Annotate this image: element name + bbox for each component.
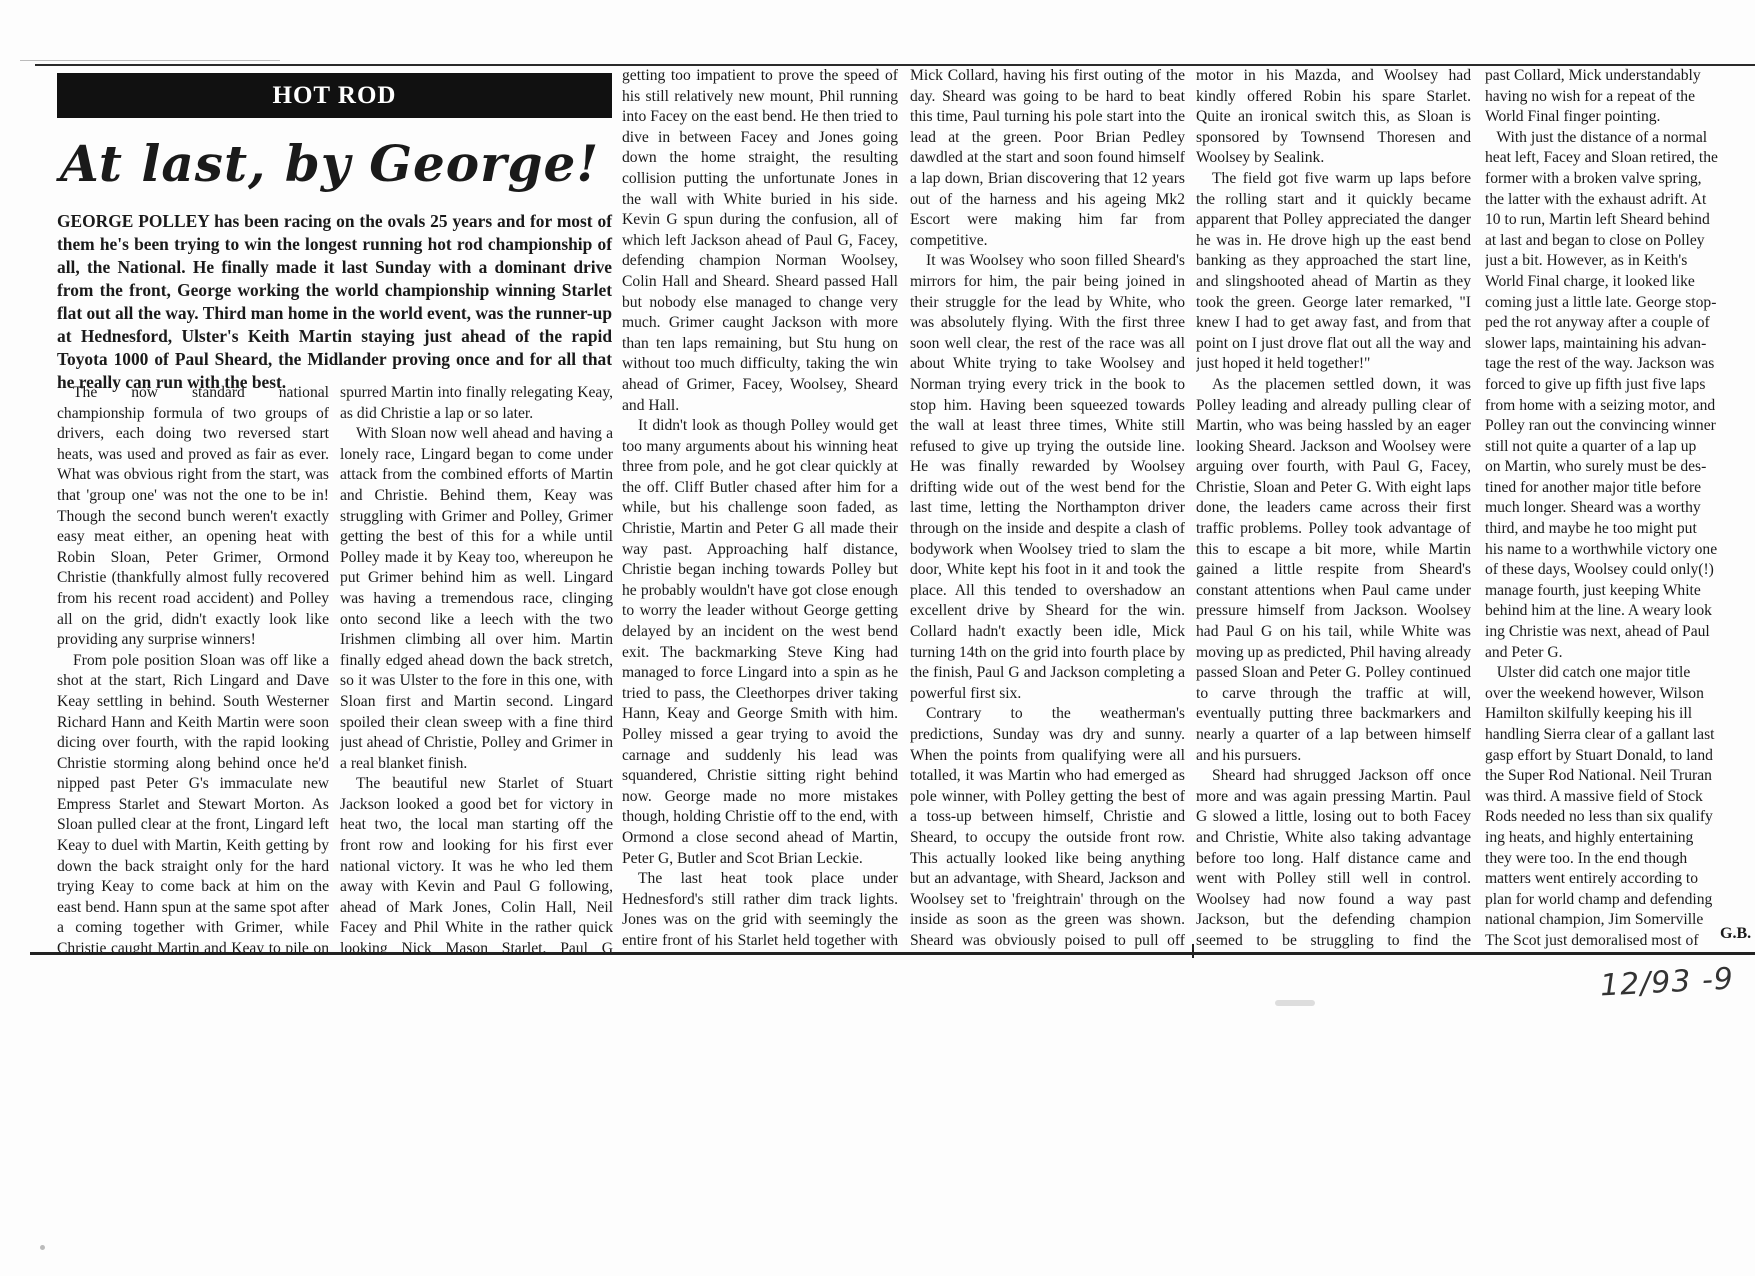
article-column-6-clipped: past Collard, Mick understandablyhaving … xyxy=(1485,66,1755,950)
column-line: behind him at the line. A weary look xyxy=(1485,601,1755,622)
column-line: tined for another major title before xyxy=(1485,478,1755,499)
scan-speck xyxy=(40,1245,45,1250)
column-line: from home with a seizing motor, and xyxy=(1485,396,1755,417)
article-column-1: The now standard national championship f… xyxy=(57,383,329,953)
paragraph: With Sloan now well ahead and having a l… xyxy=(340,424,613,774)
column-line: plan for world champ and defending xyxy=(1485,890,1755,911)
column-line: coming just a little late. George stop- xyxy=(1485,293,1755,314)
column-line: having no wish for a repeat of the xyxy=(1485,87,1755,108)
bottom-rule-tick xyxy=(1192,944,1194,958)
column-line: national champion, Jim Somerville xyxy=(1485,910,1755,931)
column-line: his name to a worthwhile victory one xyxy=(1485,540,1755,561)
column-line: third, and maybe he too might put xyxy=(1485,519,1755,540)
column-line: Ulster did catch one major title xyxy=(1485,663,1755,684)
article-column-4: Mick Collard, having his first outing of… xyxy=(910,66,1185,950)
byline: G.B. xyxy=(1720,925,1751,943)
column-line: The Scot just demoralised most of xyxy=(1485,931,1755,950)
column-line: tage the rest of the way. Jackson was xyxy=(1485,354,1755,375)
column-line: on Martin, who surely must be des- xyxy=(1485,457,1755,478)
article-column-2: spurred Martin into finally relegating K… xyxy=(340,383,613,953)
column-line: ing heats, and highly entertaining xyxy=(1485,828,1755,849)
top-rule-faint xyxy=(20,60,280,61)
column-line: over the weekend however, Wilson xyxy=(1485,684,1755,705)
column-line: World Final finger pointing. xyxy=(1485,107,1755,128)
paragraph: From pole position Sloan was off like a … xyxy=(57,651,329,953)
paragraph: Contrary to the weatherman's predictions… xyxy=(910,704,1185,950)
column-line: manage fourth, just keeping White xyxy=(1485,581,1755,602)
column-line: World Final charge, it looked like xyxy=(1485,272,1755,293)
column-line: heat left, Facey and Sloan retired, the xyxy=(1485,148,1755,169)
column-line: past Collard, Mick understandably xyxy=(1485,66,1755,87)
column-line: gasp effort by Stuart Donald, to land xyxy=(1485,746,1755,767)
column-line: Polley ran out the convincing winner xyxy=(1485,416,1755,437)
paragraph: Sheard had shrugged Jackson off once mor… xyxy=(1196,766,1471,950)
paragraph: The field got five warm up laps before t… xyxy=(1196,169,1471,375)
column-line: at last and began to close on Polley xyxy=(1485,231,1755,252)
column-line: matters went entirely according to xyxy=(1485,869,1755,890)
headline: At last, by George! xyxy=(60,135,620,193)
column-line: the latter with the exhaust adrift. At xyxy=(1485,190,1755,211)
column-line: the Super Rod National. Neil Truran xyxy=(1485,766,1755,787)
paragraph: getting too impatient to prove the speed… xyxy=(622,66,898,416)
column-line: handling Sierra clear of a gallant last xyxy=(1485,725,1755,746)
column-line: still not quite a quarter of a lap up xyxy=(1485,437,1755,458)
column-line: was third. A massive field of Stock xyxy=(1485,787,1755,808)
paragraph: As the placemen settled down, it was Pol… xyxy=(1196,375,1471,766)
standfirst: GEORGE POLLEY has been racing on the ova… xyxy=(57,210,612,394)
paragraph: It didn't look as though Polley would ge… xyxy=(622,416,898,869)
column-line: they were too. In the end though xyxy=(1485,849,1755,870)
paragraph: Mick Collard, having his first outing of… xyxy=(910,66,1185,251)
paragraph: spurred Martin into finally relegating K… xyxy=(340,383,613,424)
column-line: ped the rot anyway after a couple of xyxy=(1485,313,1755,334)
column-line: forced to give up fifth just five laps xyxy=(1485,375,1755,396)
column-line: and Peter G. xyxy=(1485,643,1755,664)
section-banner: HOT ROD xyxy=(57,73,612,118)
handwritten-date-note: 12/93 -9 xyxy=(1599,962,1735,1004)
scan-speck xyxy=(1275,1000,1315,1006)
column-line: With just the distance of a normal xyxy=(1485,128,1755,149)
paragraph: It was Woolsey who soon filled Sheard's … xyxy=(910,251,1185,704)
column-line: just a bit. However, as in Keith's xyxy=(1485,251,1755,272)
column-line: much longer. Sheard was a worthy xyxy=(1485,498,1755,519)
column-line: former with a broken valve spring, xyxy=(1485,169,1755,190)
column-line: of these days, Woolsey could only(!) xyxy=(1485,560,1755,581)
column-line: Rods needed no less than six qualify xyxy=(1485,807,1755,828)
section-label: HOT ROD xyxy=(273,82,397,110)
column-line: 10 to run, Martin left Sheard behind xyxy=(1485,210,1755,231)
paragraph: The last heat took place under Hednesfor… xyxy=(622,869,898,950)
column-line: slower laps, maintaining his advan- xyxy=(1485,334,1755,355)
column-line: ing Christie was next, ahead of Paul xyxy=(1485,622,1755,643)
bottom-rule xyxy=(30,952,1755,955)
article-column-3: getting too impatient to prove the speed… xyxy=(622,66,898,950)
column-line: Hamilton skilfully keeping his ill xyxy=(1485,704,1755,725)
paragraph: The beautiful new Starlet of Stuart Jack… xyxy=(340,774,613,953)
paragraph: motor in his Mazda, and Woolsey had kind… xyxy=(1196,66,1471,169)
paragraph: The now standard national championship f… xyxy=(57,383,329,651)
article-column-5: motor in his Mazda, and Woolsey had kind… xyxy=(1196,66,1471,950)
